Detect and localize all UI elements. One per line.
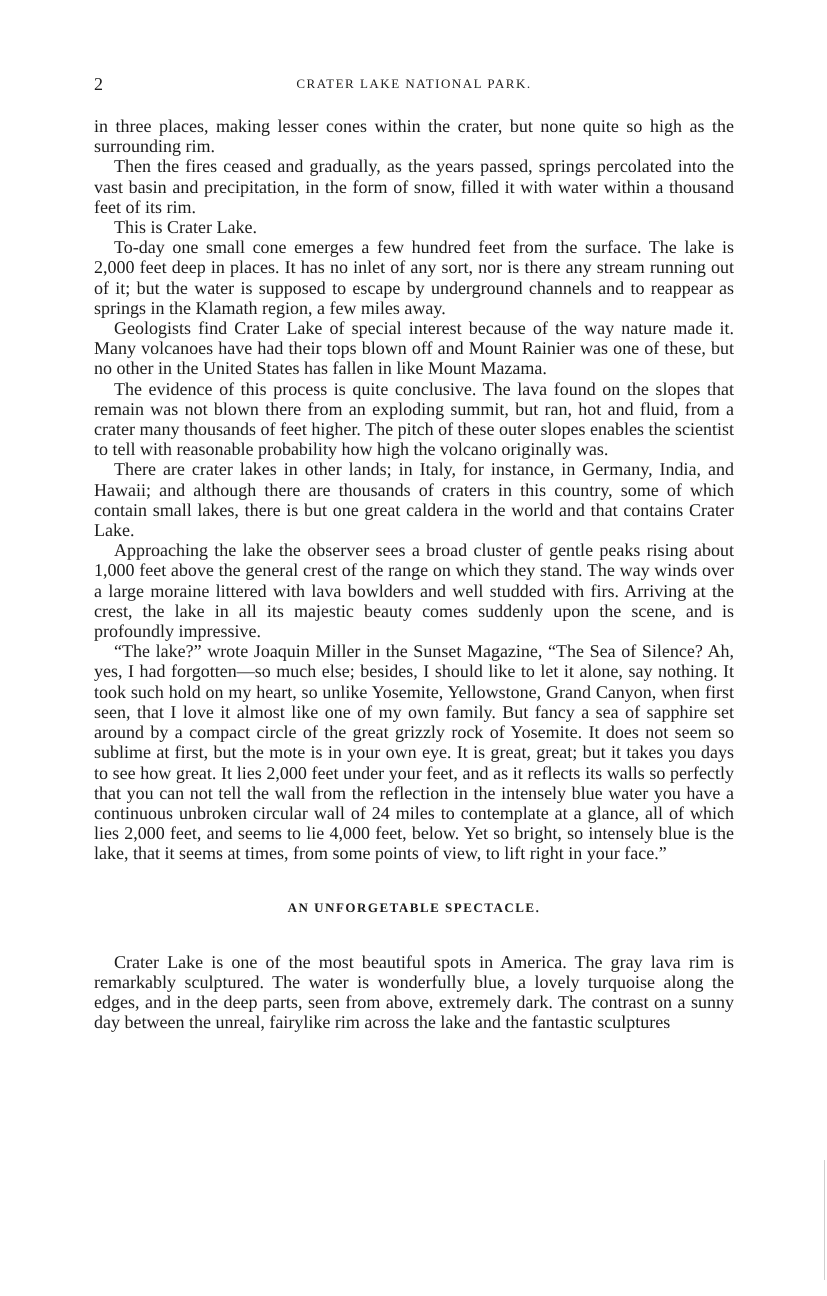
paragraph: Approaching the lake the observer sees a… (94, 540, 734, 641)
paragraph: To-day one small cone emerges a few hund… (94, 237, 734, 318)
page-header: 2 CRATER LAKE NATIONAL PARK. (94, 66, 734, 96)
body-text: in three places, making lesser cones wit… (94, 116, 734, 1033)
paragraph: The evidence of this process is quite co… (94, 379, 734, 460)
paragraph: Geologists find Crater Lake of special i… (94, 318, 734, 379)
running-title: CRATER LAKE NATIONAL PARK. (94, 76, 734, 92)
document-page: 2 CRATER LAKE NATIONAL PARK. in three pl… (94, 66, 734, 1033)
scan-edge-divider (824, 1160, 825, 1280)
quotation-paragraph: “The lake?” wrote Joaquin Miller in the … (94, 641, 734, 863)
section-heading: AN UNFORGETABLE SPECTACLE. (94, 898, 734, 918)
paragraph: Then the fires ceased and gradually, as … (94, 156, 734, 217)
paragraph: There are crater lakes in other lands; i… (94, 459, 734, 540)
paragraph: Crater Lake is one of the most beautiful… (94, 952, 734, 1033)
paragraph: This is Crater Lake. (94, 217, 734, 237)
paragraph: in three places, making lesser cones wit… (94, 116, 734, 156)
